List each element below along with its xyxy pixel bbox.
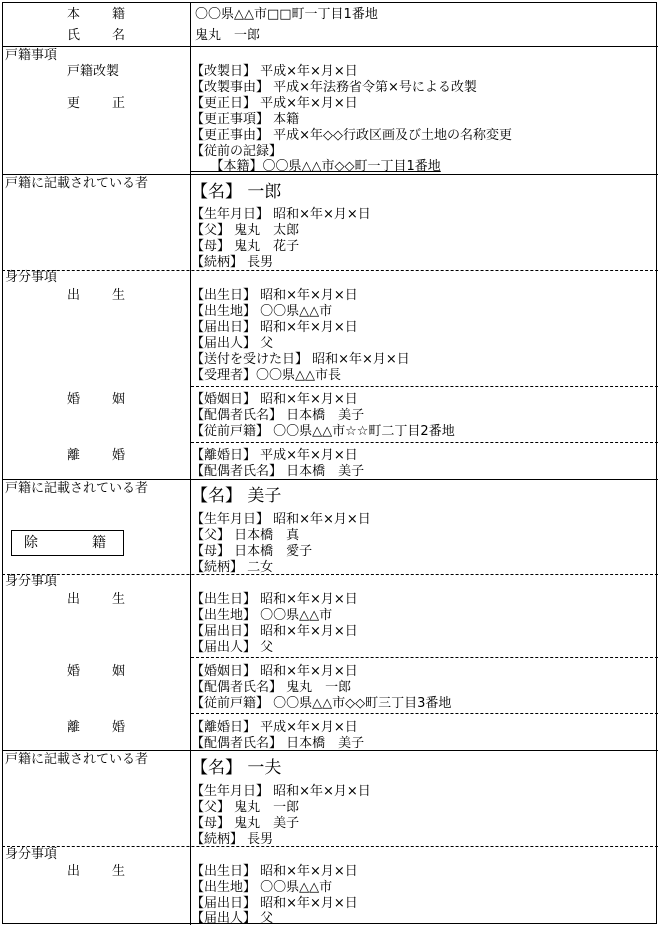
- record-line: 【更正事由】 平成×年◇◇行政区画及び土地の名称変更: [191, 128, 512, 144]
- koseki-jiko-label: 戸籍事項: [5, 48, 57, 64]
- event-label-char1: 出: [67, 288, 80, 304]
- person-detail: 【母】 鬼丸 花子: [191, 239, 299, 255]
- mibun-jiko-label: 身分事項: [5, 574, 57, 590]
- person-detail: 【生年月日】 昭和×年×月×日: [191, 207, 371, 223]
- event-label-char1: 出: [67, 864, 80, 880]
- record-line: 【改製事由】 平成×年法務省令第×号による改製: [191, 80, 477, 96]
- removed-badge-char1: 除: [24, 535, 38, 551]
- event-label-char2: 正: [112, 96, 125, 112]
- mibun-jiko-label: 身分事項: [5, 270, 57, 286]
- record-line: 【更正事項】 本籍: [191, 112, 299, 128]
- person-detail: 【生年月日】 昭和×年×月×日: [191, 784, 371, 800]
- person-name: 【名】 一郎: [191, 182, 281, 202]
- divider-dashed: [191, 386, 658, 387]
- divider-dashed: [2, 574, 658, 575]
- event-label-char2: 生: [112, 288, 125, 304]
- record-line: 【届出人】 父: [191, 640, 273, 656]
- shimei-value: 鬼丸 一郎: [195, 28, 260, 44]
- record-line: 【届出人】 父: [191, 911, 273, 927]
- event-label-char2: 姻: [112, 664, 125, 680]
- divider-dashed: [2, 270, 658, 271]
- record-line: 【出生地】 〇〇県△△市: [191, 608, 332, 624]
- event-label-char1: 離: [67, 720, 80, 736]
- honseki-label-char1: 本: [67, 7, 80, 23]
- event-label-char1: 離: [67, 448, 80, 464]
- person-detail: 【父】 鬼丸 太郎: [191, 223, 299, 239]
- record-line-former-honseki: 【本籍】〇〇県△△市◇◇町一丁目1番地: [191, 159, 441, 175]
- record-line: 【届出日】 昭和×年×月×日: [191, 896, 358, 912]
- shimei-label-char1: 氏: [67, 28, 80, 44]
- person-detail: 【続柄】 長男: [191, 255, 273, 271]
- event-label-kaisei: 戸籍改製: [67, 64, 119, 80]
- record-line: 【出生日】 昭和×年×月×日: [191, 864, 358, 880]
- person-name: 【名】 一夫: [191, 758, 281, 778]
- divider-solid: [2, 750, 658, 751]
- divider-dashed: [191, 713, 658, 714]
- record-line: 【従前戸籍】 〇〇県△△市◇◇町三丁目3番地: [191, 696, 451, 712]
- person-detail: 【父】 鬼丸 一郎: [191, 800, 299, 816]
- event-label-char2: 生: [112, 864, 125, 880]
- divider-dashed: [2, 846, 658, 847]
- honseki-label-char2: 籍: [112, 7, 125, 23]
- record-line: 【送付を受けた日】 昭和×年×月×日: [191, 352, 410, 368]
- event-label-char2: 婚: [112, 720, 125, 736]
- record-line: 【出生地】 〇〇県△△市: [191, 880, 332, 896]
- record-line: 【出生地】 〇〇県△△市: [191, 304, 332, 320]
- record-line: 【従前戸籍】 〇〇県△△市☆☆町二丁目2番地: [191, 424, 455, 440]
- mibun-jiko-label: 身分事項: [5, 847, 57, 863]
- person-section-label: 戸籍に記載されている者: [5, 752, 148, 768]
- record-line: 【届出人】 父: [191, 336, 273, 352]
- person-detail: 【母】 日本橋 愛子: [191, 544, 312, 560]
- record-line: 【離婚日】 平成×年×月×日: [191, 720, 358, 736]
- person-name: 【名】 美子: [191, 486, 281, 506]
- divider-solid: [2, 479, 658, 480]
- divider-solid: [2, 174, 658, 175]
- divider-dashed: [191, 442, 658, 443]
- event-label-char2: 婚: [112, 448, 125, 464]
- removed-from-register-badge: 除 籍: [11, 530, 124, 556]
- record-line: 【届出日】 昭和×年×月×日: [191, 624, 358, 640]
- event-label-char1: 婚: [67, 392, 80, 408]
- person-detail: 【生年月日】 昭和×年×月×日: [191, 512, 371, 528]
- person-detail: 【母】 鬼丸 美子: [191, 816, 299, 832]
- shimei-label-char2: 名: [112, 28, 125, 44]
- honseki-value: 〇〇県△△市□□町一丁目1番地: [195, 7, 378, 23]
- record-line: 【更正日】 平成×年×月×日: [191, 96, 358, 112]
- event-label-char2: 姻: [112, 392, 125, 408]
- record-line: 【離婚日】 平成×年×月×日: [191, 448, 358, 464]
- record-line: 【従前の記録】: [191, 144, 282, 160]
- person-detail: 【父】 日本橋 真: [191, 528, 299, 544]
- record-line: 【受理者】〇〇県△△市長: [191, 368, 341, 384]
- record-line: 【婚姻日】 昭和×年×月×日: [191, 664, 358, 680]
- removed-badge-char2: 籍: [92, 535, 106, 551]
- event-label-char1: 婚: [67, 664, 80, 680]
- record-line: 【婚姻日】 昭和×年×月×日: [191, 392, 358, 408]
- person-section-label: 戸籍に記載されている者: [5, 481, 148, 497]
- event-label-char1: 更: [67, 96, 80, 112]
- record-line: 【配偶者氏名】 日本橋 美子: [191, 464, 364, 480]
- record-line: 【届出日】 昭和×年×月×日: [191, 320, 358, 336]
- record-line: 【配偶者氏名】 日本橋 美子: [191, 408, 364, 424]
- record-line: 【改製日】 平成×年×月×日: [191, 64, 358, 80]
- record-line: 【出生日】 昭和×年×月×日: [191, 288, 358, 304]
- divider-solid: [2, 46, 658, 47]
- divider-dashed: [191, 657, 658, 658]
- event-label-char1: 出: [67, 592, 80, 608]
- person-section-label: 戸籍に記載されている者: [5, 176, 148, 192]
- record-line: 【配偶者氏名】 鬼丸 一郎: [191, 680, 351, 696]
- event-label-char2: 生: [112, 592, 125, 608]
- record-line: 【出生日】 昭和×年×月×日: [191, 592, 358, 608]
